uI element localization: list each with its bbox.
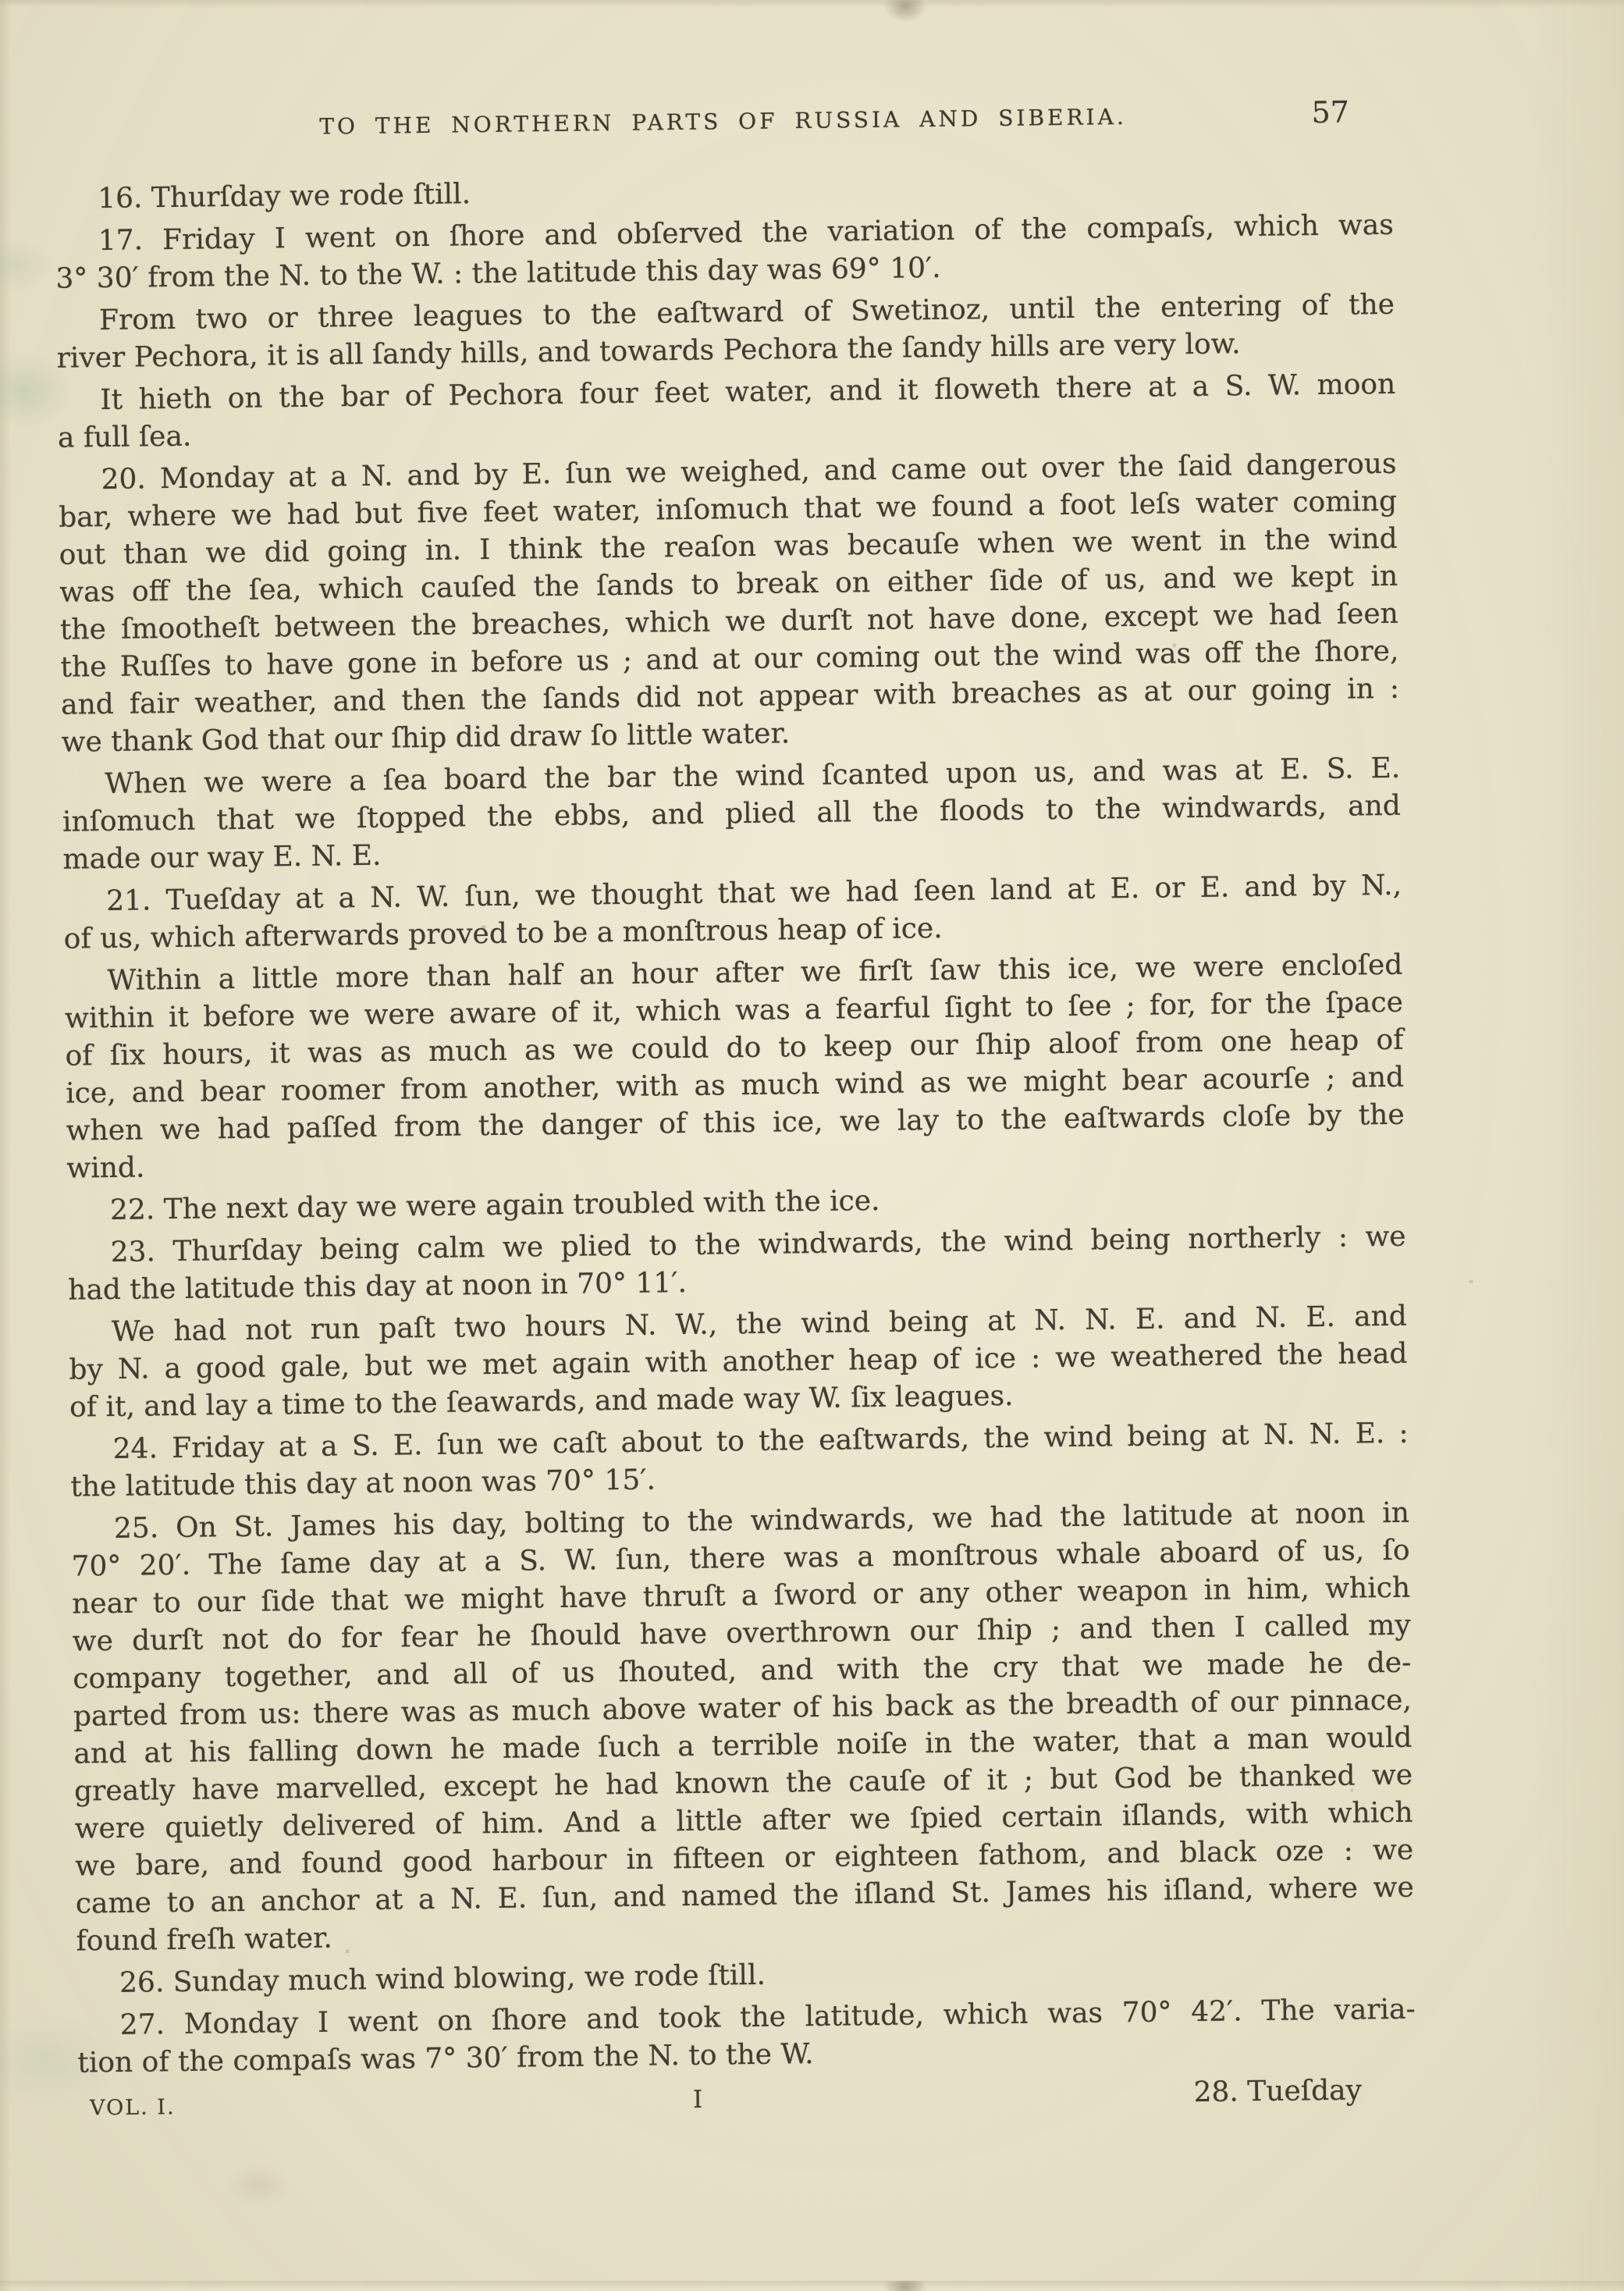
volume-label: VOL. I. <box>90 2095 176 2120</box>
paragraph: Within a little more than half an hour a… <box>64 947 1405 1188</box>
paragraph: It hieth on the bar of Pechora four feet… <box>57 366 1396 457</box>
page-number: 57 <box>1311 94 1349 130</box>
page-footer: VOL. I. I 28. Tueſday <box>78 2074 1417 2131</box>
paragraph: 20. Monday at a N. and by E. ſun we weig… <box>58 446 1400 762</box>
paper-speck <box>482 925 486 929</box>
paragraph: From two or three leagues to the eaſtwar… <box>56 286 1395 378</box>
paper-speck <box>1350 1789 1353 1792</box>
paragraph: 17. Friday I went on ſhore and obſerved … <box>55 207 1395 298</box>
paragraph: 24. Friday at a S. E. ſun we caſt about … <box>69 1415 1409 1507</box>
paragraph: 23. Thurſday being calm we plied to the … <box>67 1218 1406 1310</box>
book-page: TO THE NORTHERN PARTS OF RUSSIA AND SIBE… <box>0 0 1624 2281</box>
running-title: TO THE NORTHERN PARTS OF RUSSIA AND SIBE… <box>54 101 1392 143</box>
paragraph: When we were a ſea board the bar the win… <box>62 750 1402 879</box>
paragraph: We had not run paſt two hours N. W., the… <box>69 1298 1409 1427</box>
catchword: 28. Tueſday <box>1193 2074 1362 2108</box>
signature-mark: I <box>693 2086 703 2114</box>
paragraph: 25. On St. James his day, bolting to the… <box>71 1495 1415 1961</box>
paragraph: 27. Monday I went on ſhore and took the … <box>76 1991 1416 2083</box>
paper-speck <box>1172 643 1176 647</box>
paper-speck <box>346 1949 350 1953</box>
text-block: TO THE NORTHERN PARTS OF RUSSIA AND SIBE… <box>52 0 1416 2131</box>
body-text: 16. Thurſday we rode ſtill.17. Friday I … <box>55 165 1416 2083</box>
paragraph: 21. Tueſday at a N. W. ſun, we thought t… <box>63 867 1402 959</box>
page-header: TO THE NORTHERN PARTS OF RUSSIA AND SIBE… <box>52 0 1392 148</box>
paper-speck <box>1469 1280 1473 1283</box>
